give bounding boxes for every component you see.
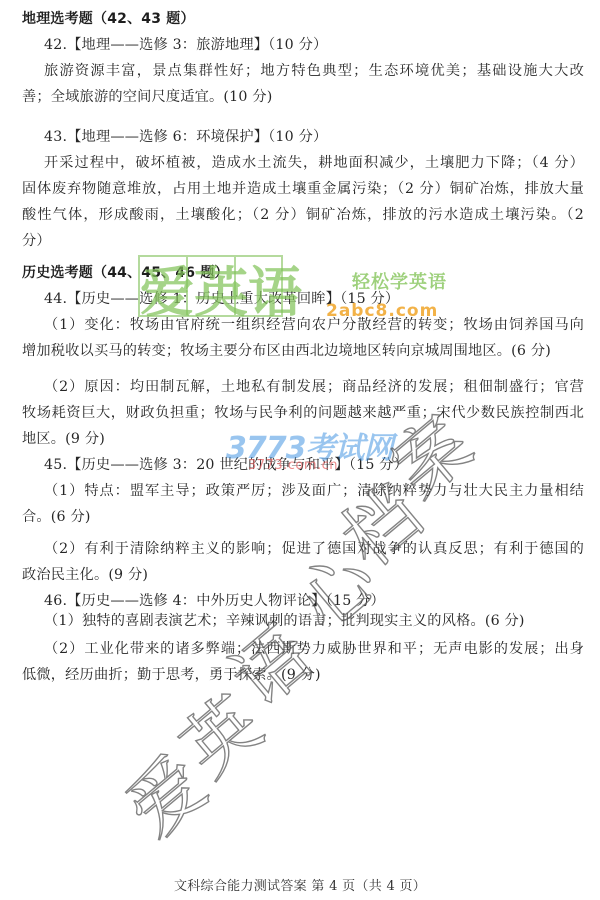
answer-line: 善；全域旅游的空间尺度适宜。(10 分): [22, 88, 584, 106]
watermark-domain: 2abc8.com: [326, 301, 438, 321]
watermark-site-domain: 3773.com.cn: [248, 458, 338, 473]
watermark-logo-text: 爱英语: [140, 250, 302, 327]
answer-line: 酸性气体，形成酸雨，土壤酸化；（2 分）铜矿冶炼，排放的污水造成土壤污染。（2: [22, 206, 584, 224]
answer-line: 牧场耗资巨大，财政负担重；牧场与民争利的问题越来越严重；宋代少数民族控制西北: [22, 404, 584, 422]
watermark-slogan: 轻松学英语: [352, 268, 447, 294]
answer-line: 开采过程中，破坏植被，造成水土流失，耕地面积减少，土壤肥力下降；（4 分）: [44, 154, 584, 172]
section-heading-geography: 地理选考题（42、43 题）: [22, 10, 584, 28]
answer-line: 增加税收以买马的转变；牧场主要分布区由西北边境地区转向京城周围地区。(6 分): [22, 342, 584, 360]
answer-line: （2）工业化带来的诸多弊端；法西斯势力威胁世界和平；无声电影的发展；出身: [44, 640, 584, 658]
answer-line: 合。(6 分): [22, 508, 584, 526]
page-footer: 文科综合能力测试答案 第 4 页（共 4 页）: [0, 875, 600, 894]
answer-line: 分）: [22, 232, 584, 250]
question-title-43: 43.【地理——选修 6：环境保护】（10 分）: [44, 128, 584, 146]
answer-line: （1）特点：盟军主导；政策严厉；涉及面广；清除纳粹势力与壮大民主力量相结: [44, 482, 584, 500]
question-title-42: 42.【地理——选修 3：旅游地理】（10 分）: [44, 36, 584, 54]
section-heading-history: 历史选考题（44、45、46 题）: [22, 264, 584, 282]
answer-line: （2）原因：均田制瓦解，土地私有制发展；商品经济的发展；租佃制盛行；官营: [44, 378, 584, 396]
document-page: 地理选考题（42、43 题） 42.【地理——选修 3：旅游地理】（10 分） …: [0, 0, 600, 900]
answer-line: 旅游资源丰富，景点集群性好；地方特色典型；生态环境优美；基础设施大大改: [44, 62, 584, 80]
answer-line: 固体废弃物随意堆放，占用土地并造成土壤重金属污染；（2 分）铜矿冶炼，排放大量: [22, 180, 584, 198]
answer-line: （1）变化：牧场由官府统一组织经营向农户分散经营的转变；牧场由饲养国马向: [44, 316, 584, 334]
question-title-44: 44.【历史——选修 1：历史上重大改革回眸】（15 分）: [44, 290, 584, 308]
